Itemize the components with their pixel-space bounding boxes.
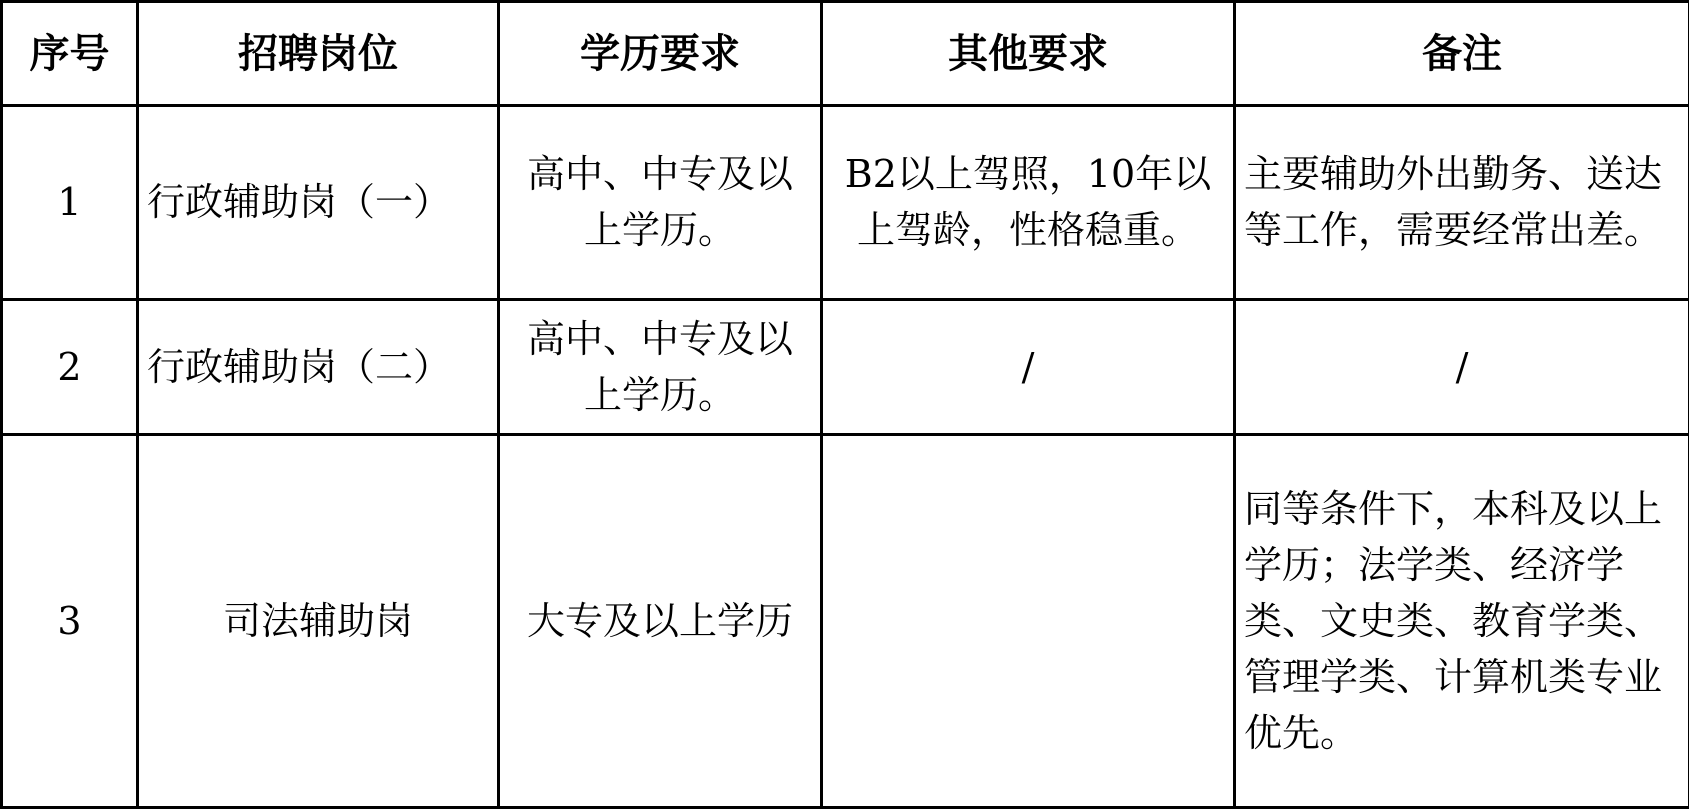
header-other-requirements: 其他要求 [822,2,1235,106]
cell-other-requirements [822,434,1235,807]
cell-remarks: / [1235,299,1689,434]
cell-index: 3 [2,434,138,807]
header-education: 学历要求 [499,2,822,106]
cell-education: 高中、中专及以上学历。 [499,106,822,300]
cell-position: 行政辅助岗（二） [138,299,499,434]
cell-position: 司法辅助岗 [138,434,499,807]
table-row: 3 司法辅助岗 大专及以上学历 同等条件下，本科及以上学历；法学类、经济学类、文… [2,434,1689,807]
header-position: 招聘岗位 [138,2,499,106]
header-index: 序号 [2,2,138,106]
cell-remarks: 同等条件下，本科及以上学历；法学类、经济学类、文史类、教育学类、管理学类、计算机… [1235,434,1689,807]
recruitment-table: 序号 招聘岗位 学历要求 其他要求 备注 1 行政辅助岗（一） 高中、中专及以上… [0,0,1689,809]
cell-education: 大专及以上学历 [499,434,822,807]
cell-index: 1 [2,106,138,300]
cell-remarks: 主要辅助外出勤务、送达等工作，需要经常出差。 [1235,106,1689,300]
header-remarks: 备注 [1235,2,1689,106]
table-header-row: 序号 招聘岗位 学历要求 其他要求 备注 [2,2,1689,106]
table-row: 2 行政辅助岗（二） 高中、中专及以上学历。 / / [2,299,1689,434]
cell-education: 高中、中专及以上学历。 [499,299,822,434]
cell-index: 2 [2,299,138,434]
cell-other-requirements: / [822,299,1235,434]
table-row: 1 行政辅助岗（一） 高中、中专及以上学历。 B2以上驾照，10年以上驾龄，性格… [2,106,1689,300]
cell-position: 行政辅助岗（一） [138,106,499,300]
cell-other-requirements: B2以上驾照，10年以上驾龄，性格稳重。 [822,106,1235,300]
